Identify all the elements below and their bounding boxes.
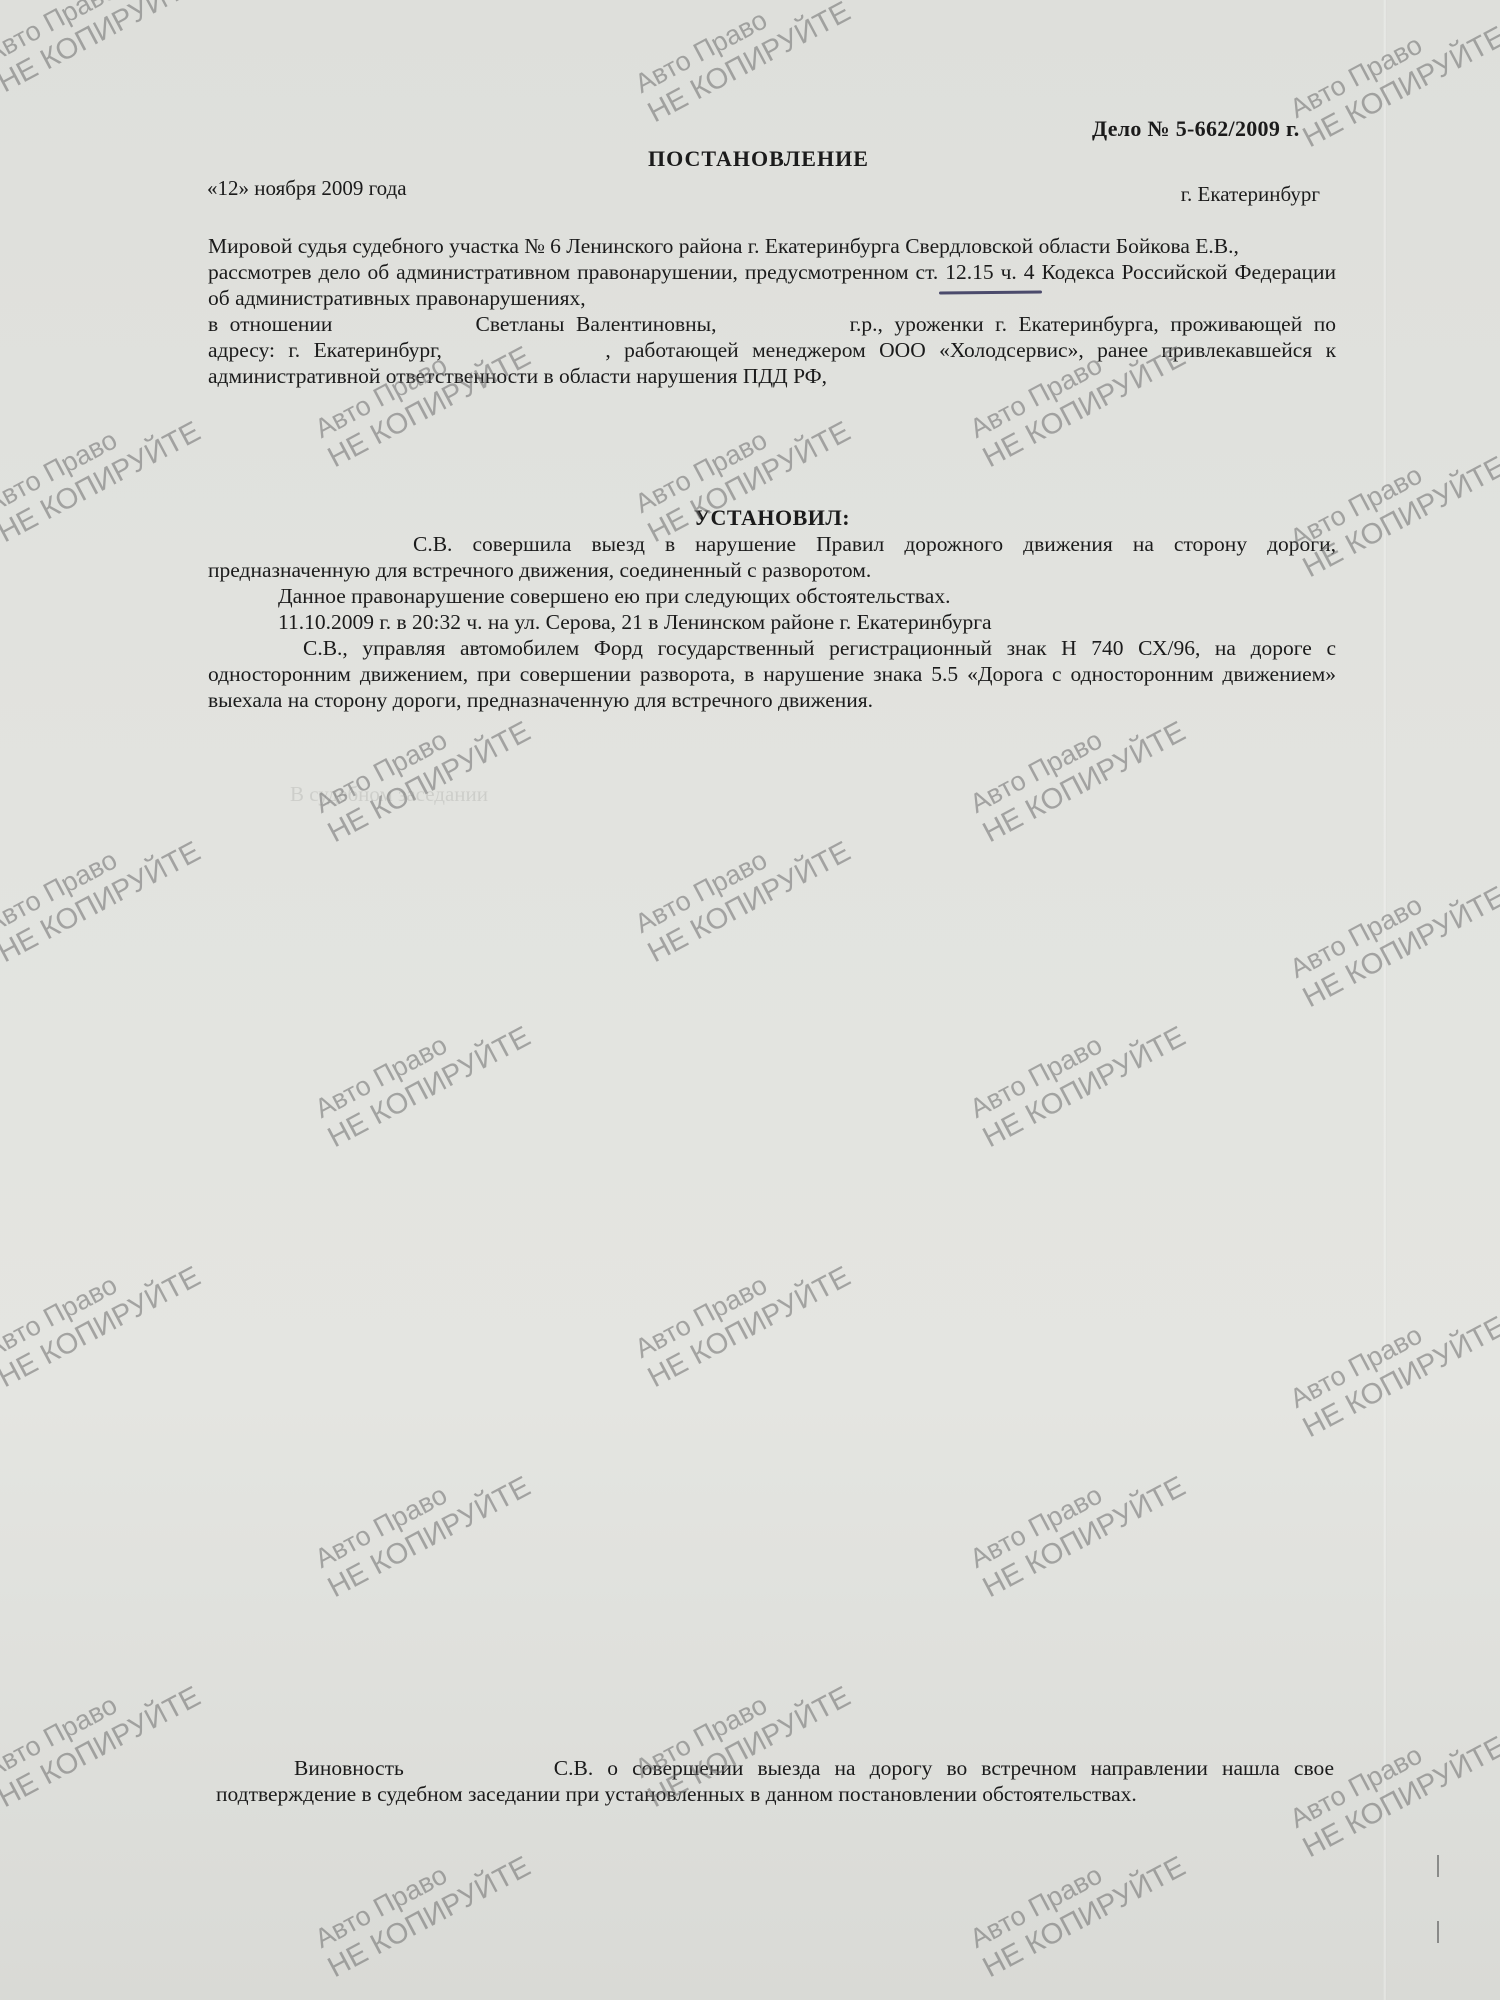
watermark-line1: Авто Право [0, 388, 191, 520]
watermark-line1: Авто Право [965, 1443, 1176, 1575]
watermark: Авто ПравоНЕ КОПИРУЙТЕ [0, 808, 206, 969]
watermark: Авто ПравоНЕ КОПИРУЙТЕ [630, 808, 856, 969]
watermark: Авто ПравоНЕ КОПИРУЙТЕ [310, 1823, 536, 1984]
pen-mark [1437, 1855, 1439, 1965]
regarding-prefix: в отношении [208, 312, 332, 336]
established-p3a: 11.10.2009 г. в 20:32 ч. на ул. Серова, … [208, 609, 1336, 635]
paper-fold [1383, 0, 1387, 2000]
watermark-line2: НЕ КОПИРУЙТЕ [978, 1471, 1191, 1605]
watermark: Авто ПравоНЕ КОПИРУЙТЕ [630, 0, 856, 129]
watermark: Авто ПравоНЕ КОПИРУЙТЕ [310, 1443, 536, 1604]
watermark: Авто ПравоНЕ КОПИРУЙТЕ [0, 1653, 206, 1814]
watermark-line1: Авто Право [630, 1233, 841, 1365]
watermark-line1: Авто Право [965, 1823, 1176, 1955]
watermark: Авто ПравоНЕ КОПИРУЙТЕ [965, 1443, 1191, 1604]
watermark-line2: НЕ КОПИРУЙТЕ [1298, 1311, 1500, 1445]
watermark-line1: Авто Право [1285, 0, 1496, 125]
watermark-line2: НЕ КОПИРУЙТЕ [643, 836, 856, 970]
established-heading: УСТАНОВИЛ: [208, 505, 1336, 531]
watermark-line2: НЕ КОПИРУЙТЕ [323, 1471, 536, 1605]
guilt-prefix: Виновность [294, 1756, 404, 1780]
watermark-line2: НЕ КОПИРУЙТЕ [1298, 881, 1500, 1015]
watermark-line1: Авто Право [0, 1653, 191, 1785]
document-city: г. Екатеринбург [1181, 182, 1320, 207]
faded-line: В судебном заседании [290, 782, 488, 807]
watermark: Авто ПравоНЕ КОПИРУЙТЕ [310, 993, 536, 1154]
document-page: Дело № 5-662/2009 г. ПОСТАНОВЛЕНИЕ «12» … [0, 0, 1500, 2000]
watermark-line1: Авто Право [0, 808, 191, 940]
watermark: Авто ПравоНЕ КОПИРУЙТЕ [965, 1823, 1191, 1984]
watermark-line1: Авто Право [630, 0, 841, 100]
watermark: Авто ПравоНЕ КОПИРУЙТЕ [0, 1233, 206, 1394]
regarding-name: Светланы Валентиновны, [475, 312, 716, 336]
watermark: Авто ПравоНЕ КОПИРУЙТЕ [1285, 0, 1500, 154]
watermark-line1: Авто Право [0, 1233, 191, 1365]
watermark-line2: НЕ КОПИРУЙТЕ [1298, 21, 1500, 155]
watermark: Авто ПравоНЕ КОПИРУЙТЕ [630, 1233, 856, 1394]
watermark-line2: НЕ КОПИРУЙТЕ [978, 1021, 1191, 1155]
watermark-line1: Авто Право [1285, 1283, 1496, 1415]
document-date: «12» ноября 2009 года [207, 176, 407, 201]
established-p1: С.В. совершила выезд в нарушение Правил … [208, 531, 1336, 583]
intro-section: Мировой судья судебного участка № 6 Лени… [208, 233, 1336, 389]
watermark-line1: Авто Право [630, 388, 841, 520]
watermark-line2: НЕ КОПИРУЙТЕ [0, 416, 206, 550]
established-section: УСТАНОВИЛ: С.В. совершила выезд в наруше… [208, 505, 1336, 713]
watermark: Авто ПравоНЕ КОПИРУЙТЕ [1285, 1283, 1500, 1444]
watermark: Авто ПравоНЕ КОПИРУЙТЕ [1285, 853, 1500, 1014]
watermark-line2: НЕ КОПИРУЙТЕ [0, 0, 206, 100]
guilt-section: ВиновностьС.В. о совершении выезда на до… [216, 1755, 1334, 1807]
case-number: Дело № 5-662/2009 г. [1092, 116, 1300, 142]
watermark-line2: НЕ КОПИРУЙТЕ [978, 1851, 1191, 1985]
watermark-line1: Авто Право [965, 993, 1176, 1125]
watermark-line2: НЕ КОПИРУЙТЕ [0, 836, 206, 970]
watermark-line1: Авто Право [310, 1443, 521, 1575]
judge-line: Мировой судья судебного участка № 6 Лени… [208, 233, 1336, 259]
regarding-birth: г.р., уроженки г. Екатеринбурга, [850, 312, 1159, 336]
article-reference: 12.15 ч. 4 [945, 260, 1034, 284]
watermark-line2: НЕ КОПИРУЙТЕ [0, 1681, 206, 1815]
watermark-line1: Авто Право [0, 0, 191, 70]
watermark-line2: НЕ КОПИРУЙТЕ [643, 1261, 856, 1395]
watermark-line1: Авто Право [310, 993, 521, 1125]
watermark-line1: Авто Право [1285, 853, 1496, 985]
guilt-paragraph: ВиновностьС.В. о совершении выезда на до… [216, 1755, 1334, 1807]
watermark-line2: НЕ КОПИРУЙТЕ [0, 1261, 206, 1395]
watermark-line2: НЕ КОПИРУЙТЕ [323, 1021, 536, 1155]
established-p3b: С.В., управляя автомобилем Форд государс… [208, 635, 1336, 713]
watermark-line2: НЕ КОПИРУЙТЕ [323, 1851, 536, 1985]
watermark: Авто ПравоНЕ КОПИРУЙТЕ [965, 993, 1191, 1154]
watermark-line1: Авто Право [630, 808, 841, 940]
watermark: Авто ПравоНЕ КОПИРУЙТЕ [0, 0, 206, 99]
regarding-line: в отношении Светланы Валентиновны, г.р.,… [208, 311, 1336, 389]
watermark-line2: НЕ КОПИРУЙТЕ [643, 0, 856, 130]
watermark: Авто ПравоНЕ КОПИРУЙТЕ [0, 388, 206, 549]
established-p2: Данное правонарушение совершено ею при с… [208, 583, 1336, 609]
considered-prefix: рассмотрев дело об административном прав… [208, 260, 938, 284]
watermark-line1: Авто Право [310, 1823, 521, 1955]
watermark-line2: НЕ КОПИРУЙТЕ [978, 716, 1191, 850]
document-title: ПОСТАНОВЛЕНИЕ [648, 146, 869, 172]
considered-line: рассмотрев дело об административном прав… [208, 259, 1336, 311]
